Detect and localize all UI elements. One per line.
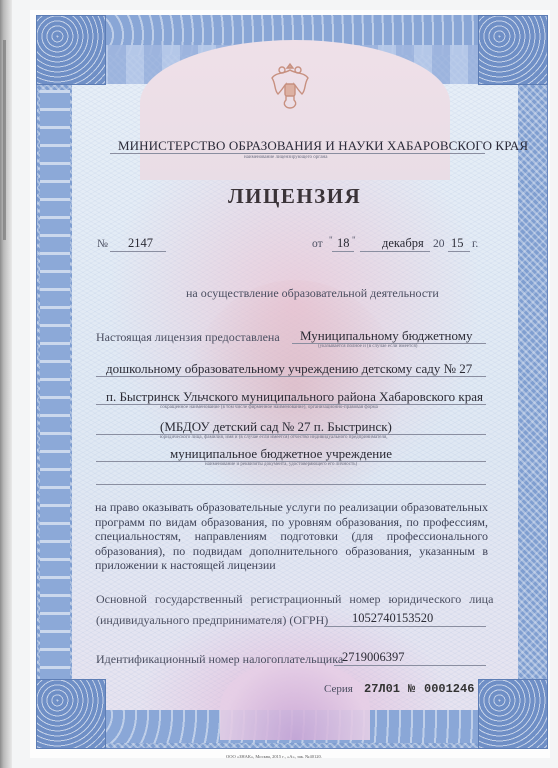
date-month: декабря [382,236,424,251]
date-year: 15 [451,236,464,251]
license-number: 2147 [128,236,153,251]
ogrn-label-line-2: (индивидуального предпринимателя) (ОГРН) [96,613,328,628]
inn-underline [334,665,486,666]
activity-type: на осуществление образовательной деятель… [186,286,439,301]
series-value: 27Л01 [364,682,400,696]
date-day: 18 [337,236,350,251]
ogrn-underline [324,626,486,627]
ogrn-label-line-1: Основной государственный регистрационный… [96,592,493,607]
date-quote-close: " [352,235,356,245]
date-prefix: от [312,238,323,250]
licensee-caption-1: (указывается полное и (в случае если име… [318,344,417,349]
number-label: № [97,238,108,250]
year-underline [448,251,470,252]
licensing-authority: МИНИСТЕРСТВО ОБРАЗОВАНИЯ И НАУКИ ХАБАРОВ… [118,138,528,154]
inn-value: 2719006397 [342,650,405,665]
ogrn-value: 1052740153520 [352,611,433,626]
date-quote-open: " [329,235,333,245]
series-number: 0001246 [424,682,474,696]
granted-label: Настоящая лицензия предоставлена [96,330,280,345]
licensee-caption-5: наименование и реквизиты документа, удос… [205,462,357,467]
document-title: ЛИЦЕНЗИЯ [228,184,361,209]
date-year-prefix: 20 [433,238,445,250]
inn-label: Идентификационный номер налогоплательщик… [96,652,343,667]
authority-caption: наименование лицензирующего органа [244,155,327,160]
licensee-line-2: дошкольному образовательному учреждению … [106,361,472,377]
rights-paragraph: на право оказывать образовательные услуг… [95,500,488,573]
legal-form: муниципальное бюджетное учреждение [170,446,392,462]
authority-underline [110,153,485,154]
blank-underline [96,484,486,485]
date-year-mark: г. [472,238,478,250]
licensee-caption-3: сокращенное наименование (в том числе фи… [160,405,378,410]
number-underline [110,251,166,252]
printer-footer: ООО «ЗНАК», Москва, 2015 г., «А», зак. №… [226,754,322,759]
licensee-caption-4: юридического лица, фамилия, имя и (в слу… [160,435,388,440]
month-underline [360,251,430,252]
day-underline [332,251,354,252]
licensee-short-name: (МБДОУ детский сад № 27 п. Быстринск) [160,419,392,435]
series-number-label: № [408,682,415,696]
licensee-underline-2 [96,376,486,377]
licensee-line-3: п. Быстринск Ульчского муниципального ра… [106,389,483,405]
licensee-line-1: Муниципальному бюджетному [300,328,473,344]
series-label: Серия [324,683,353,695]
